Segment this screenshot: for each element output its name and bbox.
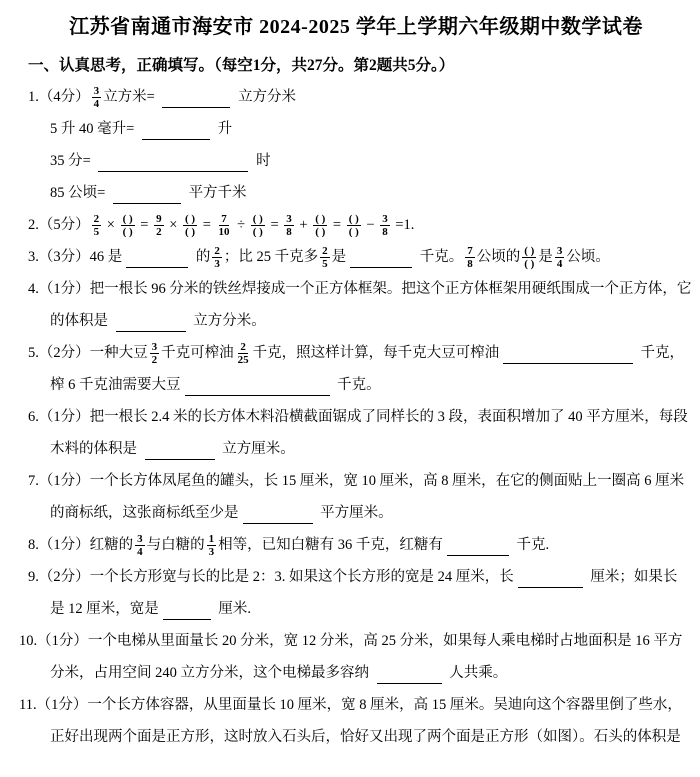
question-6-line-2: 木料的体积是 立方厘米。 [28, 433, 684, 465]
fraction: 23 [212, 245, 222, 270]
question-7-line-1: 7.（1分）一个长方体凤尾鱼的罐头，长 15 厘米，宽 10 厘米，高 8 厘米… [28, 465, 684, 497]
fraction-numerator: 3 [92, 85, 102, 98]
question-1: 1.（4分）34立方米= 立方分米5 升 40 毫升= 升35 分= 时85 公… [28, 81, 684, 209]
fill-blank [185, 381, 330, 396]
fraction-numerator: ( ) [522, 245, 536, 258]
fraction-denominator: 3 [212, 258, 222, 270]
text-run: 1.（4分） [28, 87, 90, 107]
text-run: 11.（1分）一个长方体容器，从里面量长 10 厘米，宽 8 厘米，高 15 厘… [19, 695, 682, 715]
fraction-numerator: ( ) [183, 213, 197, 226]
question-3-line-1: 3.（3分）46 是 的23；比 25 千克多25是 千克。78公顷的( )( … [28, 241, 684, 273]
fraction-numerator: 7 [465, 245, 475, 258]
text-run: 千克. [513, 535, 549, 555]
text-run: 厘米；如果长 [587, 567, 678, 587]
fraction: 25 [320, 245, 330, 270]
fraction-denominator: ( ) [251, 226, 265, 238]
text-run: 正好出现两个面是正方形，这时放入石头后，恰好又出现了两个面是正方形（如图）。石头… [50, 727, 681, 747]
question-9-line-1: 9.（2分）一个长方形宽与长的比是 2：3. 如果这个长方形的宽是 24 厘米，… [28, 561, 684, 593]
question-1-line-4: 85 公顷= 平方千米 [28, 177, 684, 209]
fraction: 25 [92, 213, 102, 238]
fill-blank [142, 125, 210, 140]
fraction-numerator: ( ) [251, 213, 265, 226]
question-11-line-1: 11.（1分）一个长方体容器，从里面量长 10 厘米，宽 8 厘米，高 15 厘… [19, 689, 684, 721]
fraction: 34 [555, 245, 565, 270]
fraction-numerator: 3 [284, 213, 294, 226]
fraction-numerator: 3 [380, 213, 390, 226]
text-run: 千克，照这样计算，每千克大豆可榨油 [253, 343, 500, 363]
question-11-line-2: 正好出现两个面是正方形，这时放入石头后，恰好又出现了两个面是正方形（如图）。石头… [28, 721, 684, 753]
fraction-numerator: 3 [135, 533, 145, 546]
text-run: 立方分米 [234, 87, 296, 107]
text-run: 公顷。 [566, 247, 610, 267]
fraction: ( )( ) [121, 213, 135, 238]
fraction-denominator: 25 [236, 354, 251, 366]
question-4: 4.（1分）把一根长 96 分米的铁丝焊接成一个正方体框架。把这个正方体框架用硬… [28, 273, 684, 337]
fraction-numerator: 3 [150, 341, 160, 354]
fraction: 710 [217, 213, 232, 238]
fraction: ( )( ) [347, 213, 361, 238]
text-run: 2.（5分） [28, 215, 90, 235]
fraction-denominator: ( ) [347, 226, 361, 238]
fraction-denominator: ( ) [313, 226, 327, 238]
fill-blank [145, 445, 215, 460]
fraction-numerator: ( ) [313, 213, 327, 226]
text-run: 平方千米 [185, 183, 247, 203]
text-run: 平方厘米。 [317, 503, 393, 523]
fill-blank [377, 669, 442, 684]
fraction: 34 [92, 85, 102, 110]
question-5-line-1: 5.（2分）一种大豆32千克可榨油225千克，照这样计算，每千克大豆可榨油 千克… [28, 337, 684, 369]
text-run: 升 [214, 119, 232, 139]
text-run: 与白糖的 [147, 535, 205, 555]
fraction: ( )( ) [313, 213, 327, 238]
fraction-denominator: ( ) [121, 226, 135, 238]
question-3: 3.（3分）46 是 的23；比 25 千克多25是 千克。78公顷的( )( … [28, 241, 684, 273]
fraction: 38 [380, 213, 390, 238]
text-run: 千克。 [334, 375, 381, 395]
fraction: 92 [154, 213, 164, 238]
fraction-numerator: 2 [238, 341, 248, 354]
fraction-denominator: 4 [135, 546, 145, 558]
text-run: =1. [392, 215, 415, 235]
fraction: 34 [135, 533, 145, 558]
text-run: 5.（2分）一种大豆 [28, 343, 148, 363]
text-run: 千克。 [416, 247, 463, 267]
fraction-numerator: 3 [555, 245, 565, 258]
fraction: ( )( ) [522, 245, 536, 270]
fraction-numerator: 9 [154, 213, 164, 226]
fraction-numerator: 1 [207, 533, 217, 546]
fill-blank [162, 93, 230, 108]
text-run: × [103, 215, 118, 235]
question-10-line-2: 分米，占用空间 240 立方分米，这个电梯最多容纳 人共乘。 [28, 657, 684, 689]
text-run: 的体积是 [50, 311, 112, 331]
question-6: 6.（1分）把一根长 2.4 米的长方体木料沿横截面锯成了同样长的 3 段，表面… [28, 401, 684, 465]
fraction: 225 [236, 341, 251, 366]
question-5-line-2: 榨 6 千克油需要大豆 千克。 [28, 369, 684, 401]
text-run: = [199, 215, 214, 235]
section-heading: 一、认真思考，正确填写。（每空1分，共27分。第2题共5分。） [28, 53, 684, 75]
fraction-numerator: 2 [92, 213, 102, 226]
text-run: 的商标纸，这张商标纸至少是 [50, 503, 239, 523]
text-run: 85 公顷= [50, 183, 109, 203]
question-1-line-2: 5 升 40 毫升= 升 [28, 113, 684, 145]
fill-blank [116, 317, 186, 332]
fill-blank [243, 509, 313, 524]
question-8-line-1: 8.（1分）红糖的34与白糖的13相等，已知白糖有 36 千克，红糖有 千克. [28, 529, 684, 561]
text-run: 立方厘米。 [219, 439, 295, 459]
fraction-denominator: ( ) [183, 226, 197, 238]
question-5: 5.（2分）一种大豆32千克可榨油225千克，照这样计算，每千克大豆可榨油 千克… [28, 337, 684, 401]
question-1-line-1: 1.（4分）34立方米= 立方分米 [28, 81, 684, 113]
fraction: 32 [150, 341, 160, 366]
question-2: 2.（5分）25 × ( )( ) = 92 × ( )( ) = 710 ÷ … [28, 209, 684, 241]
fraction-numerator: ( ) [121, 213, 135, 226]
question-7-line-2: 的商标纸，这张商标纸至少是 平方厘米。 [28, 497, 684, 529]
fraction-denominator: 5 [320, 258, 330, 270]
fraction: 38 [284, 213, 294, 238]
text-run: 分米，占用空间 240 立方分米，这个电梯最多容纳 [50, 663, 373, 683]
text-run: 是 12 厘米，宽是 [50, 599, 159, 619]
exam-page: 江苏省南通市海安市 2024-2025 学年上学期六年级期中数学试卷 一、认真思… [0, 0, 700, 753]
text-run: 8.（1分）红糖的 [28, 535, 133, 555]
fraction-denominator: 4 [92, 98, 102, 110]
question-9-line-2: 是 12 厘米，宽是 厘米. [28, 593, 684, 625]
text-run: = [137, 215, 152, 235]
question-7: 7.（1分）一个长方体凤尾鱼的罐头，长 15 厘米，宽 10 厘米，高 8 厘米… [28, 465, 684, 529]
questions-list: 1.（4分）34立方米= 立方分米5 升 40 毫升= 升35 分= 时85 公… [28, 81, 684, 753]
text-run: 千克， [637, 343, 684, 363]
text-run: × [166, 215, 181, 235]
fraction-denominator: 10 [217, 226, 232, 238]
fraction-denominator: 3 [207, 546, 217, 558]
text-run: = [267, 215, 282, 235]
text-run: = [329, 215, 344, 235]
fill-blank [113, 189, 181, 204]
text-run: 4.（1分）把一根长 96 分米的铁丝焊接成一个正方体框架。把这个正方体框架用硬… [28, 279, 691, 299]
fraction-denominator: 2 [154, 226, 164, 238]
fill-blank [163, 605, 211, 620]
text-run: 10.（1分）一个电梯从里面量长 20 分米，宽 12 分米，高 25 分米，如… [19, 631, 682, 651]
question-10-line-1: 10.（1分）一个电梯从里面量长 20 分米，宽 12 分米，高 25 分米，如… [19, 625, 684, 657]
text-run: 是 [538, 247, 553, 267]
text-run: 相等，已知白糖有 36 千克，红糖有 [218, 535, 443, 555]
fill-blank [518, 573, 583, 588]
fraction: 78 [465, 245, 475, 270]
fraction: ( )( ) [183, 213, 197, 238]
fraction-numerator: ( ) [347, 213, 361, 226]
fraction: 13 [207, 533, 217, 558]
fraction: ( )( ) [251, 213, 265, 238]
text-run: 立方分米。 [190, 311, 266, 331]
text-run: 木料的体积是 [50, 439, 141, 459]
fill-blank [98, 157, 248, 172]
fraction-denominator: ( ) [522, 258, 536, 270]
text-run: 千克可榨油 [161, 343, 234, 363]
question-9: 9.（2分）一个长方形宽与长的比是 2：3. 如果这个长方形的宽是 24 厘米，… [28, 561, 684, 625]
fraction-numerator: 2 [212, 245, 222, 258]
text-run: 时 [252, 151, 270, 171]
text-run: 3.（3分）46 是 [28, 247, 122, 267]
fraction-numerator: 2 [320, 245, 330, 258]
fill-blank [447, 541, 509, 556]
text-run: 人共乘。 [446, 663, 508, 683]
fill-blank [350, 253, 412, 268]
question-4-line-1: 4.（1分）把一根长 96 分米的铁丝焊接成一个正方体框架。把这个正方体框架用硬… [28, 273, 684, 305]
text-run: − [363, 215, 378, 235]
fraction-denominator: 5 [92, 226, 102, 238]
question-11: 11.（1分）一个长方体容器，从里面量长 10 厘米，宽 8 厘米，高 15 厘… [28, 689, 684, 753]
text-run: ；比 25 千克多 [224, 247, 318, 267]
fraction-denominator: 8 [380, 226, 390, 238]
question-10: 10.（1分）一个电梯从里面量长 20 分米，宽 12 分米，高 25 分米，如… [28, 625, 684, 689]
fraction-denominator: 8 [465, 258, 475, 270]
question-8: 8.（1分）红糖的34与白糖的13相等，已知白糖有 36 千克，红糖有 千克. [28, 529, 684, 561]
fill-blank [503, 349, 633, 364]
fraction-denominator: 4 [555, 258, 565, 270]
fill-blank [126, 253, 188, 268]
text-run: 的 [192, 247, 210, 267]
question-4-line-2: 的体积是 立方分米。 [28, 305, 684, 337]
question-2-line-1: 2.（5分）25 × ( )( ) = 92 × ( )( ) = 710 ÷ … [28, 209, 684, 241]
text-run: + [296, 215, 311, 235]
text-run: 9.（2分）一个长方形宽与长的比是 2：3. 如果这个长方形的宽是 24 厘米，… [28, 567, 514, 587]
text-run: 是 [332, 247, 347, 267]
text-run: 公顷的 [477, 247, 521, 267]
text-run: 6.（1分）把一根长 2.4 米的长方体木料沿横截面锯成了同样长的 3 段，表面… [28, 407, 688, 427]
text-run: 榨 6 千克油需要大豆 [50, 375, 181, 395]
fraction-numerator: 7 [219, 213, 229, 226]
text-run: 7.（1分）一个长方体凤尾鱼的罐头，长 15 厘米，宽 10 厘米，高 8 厘米… [28, 471, 684, 491]
fraction-denominator: 2 [150, 354, 160, 366]
question-6-line-1: 6.（1分）把一根长 2.4 米的长方体木料沿横截面锯成了同样长的 3 段，表面… [28, 401, 684, 433]
text-run: ÷ [234, 215, 249, 235]
question-1-line-3: 35 分= 时 [28, 145, 684, 177]
text-run: 厘米. [215, 599, 251, 619]
text-run: 5 升 40 毫升= [50, 119, 138, 139]
text-run: 立方米= [103, 87, 158, 107]
page-title: 江苏省南通市海安市 2024-2025 学年上学期六年级期中数学试卷 [28, 10, 684, 39]
text-run: 35 分= [50, 151, 94, 171]
fraction-denominator: 8 [284, 226, 294, 238]
